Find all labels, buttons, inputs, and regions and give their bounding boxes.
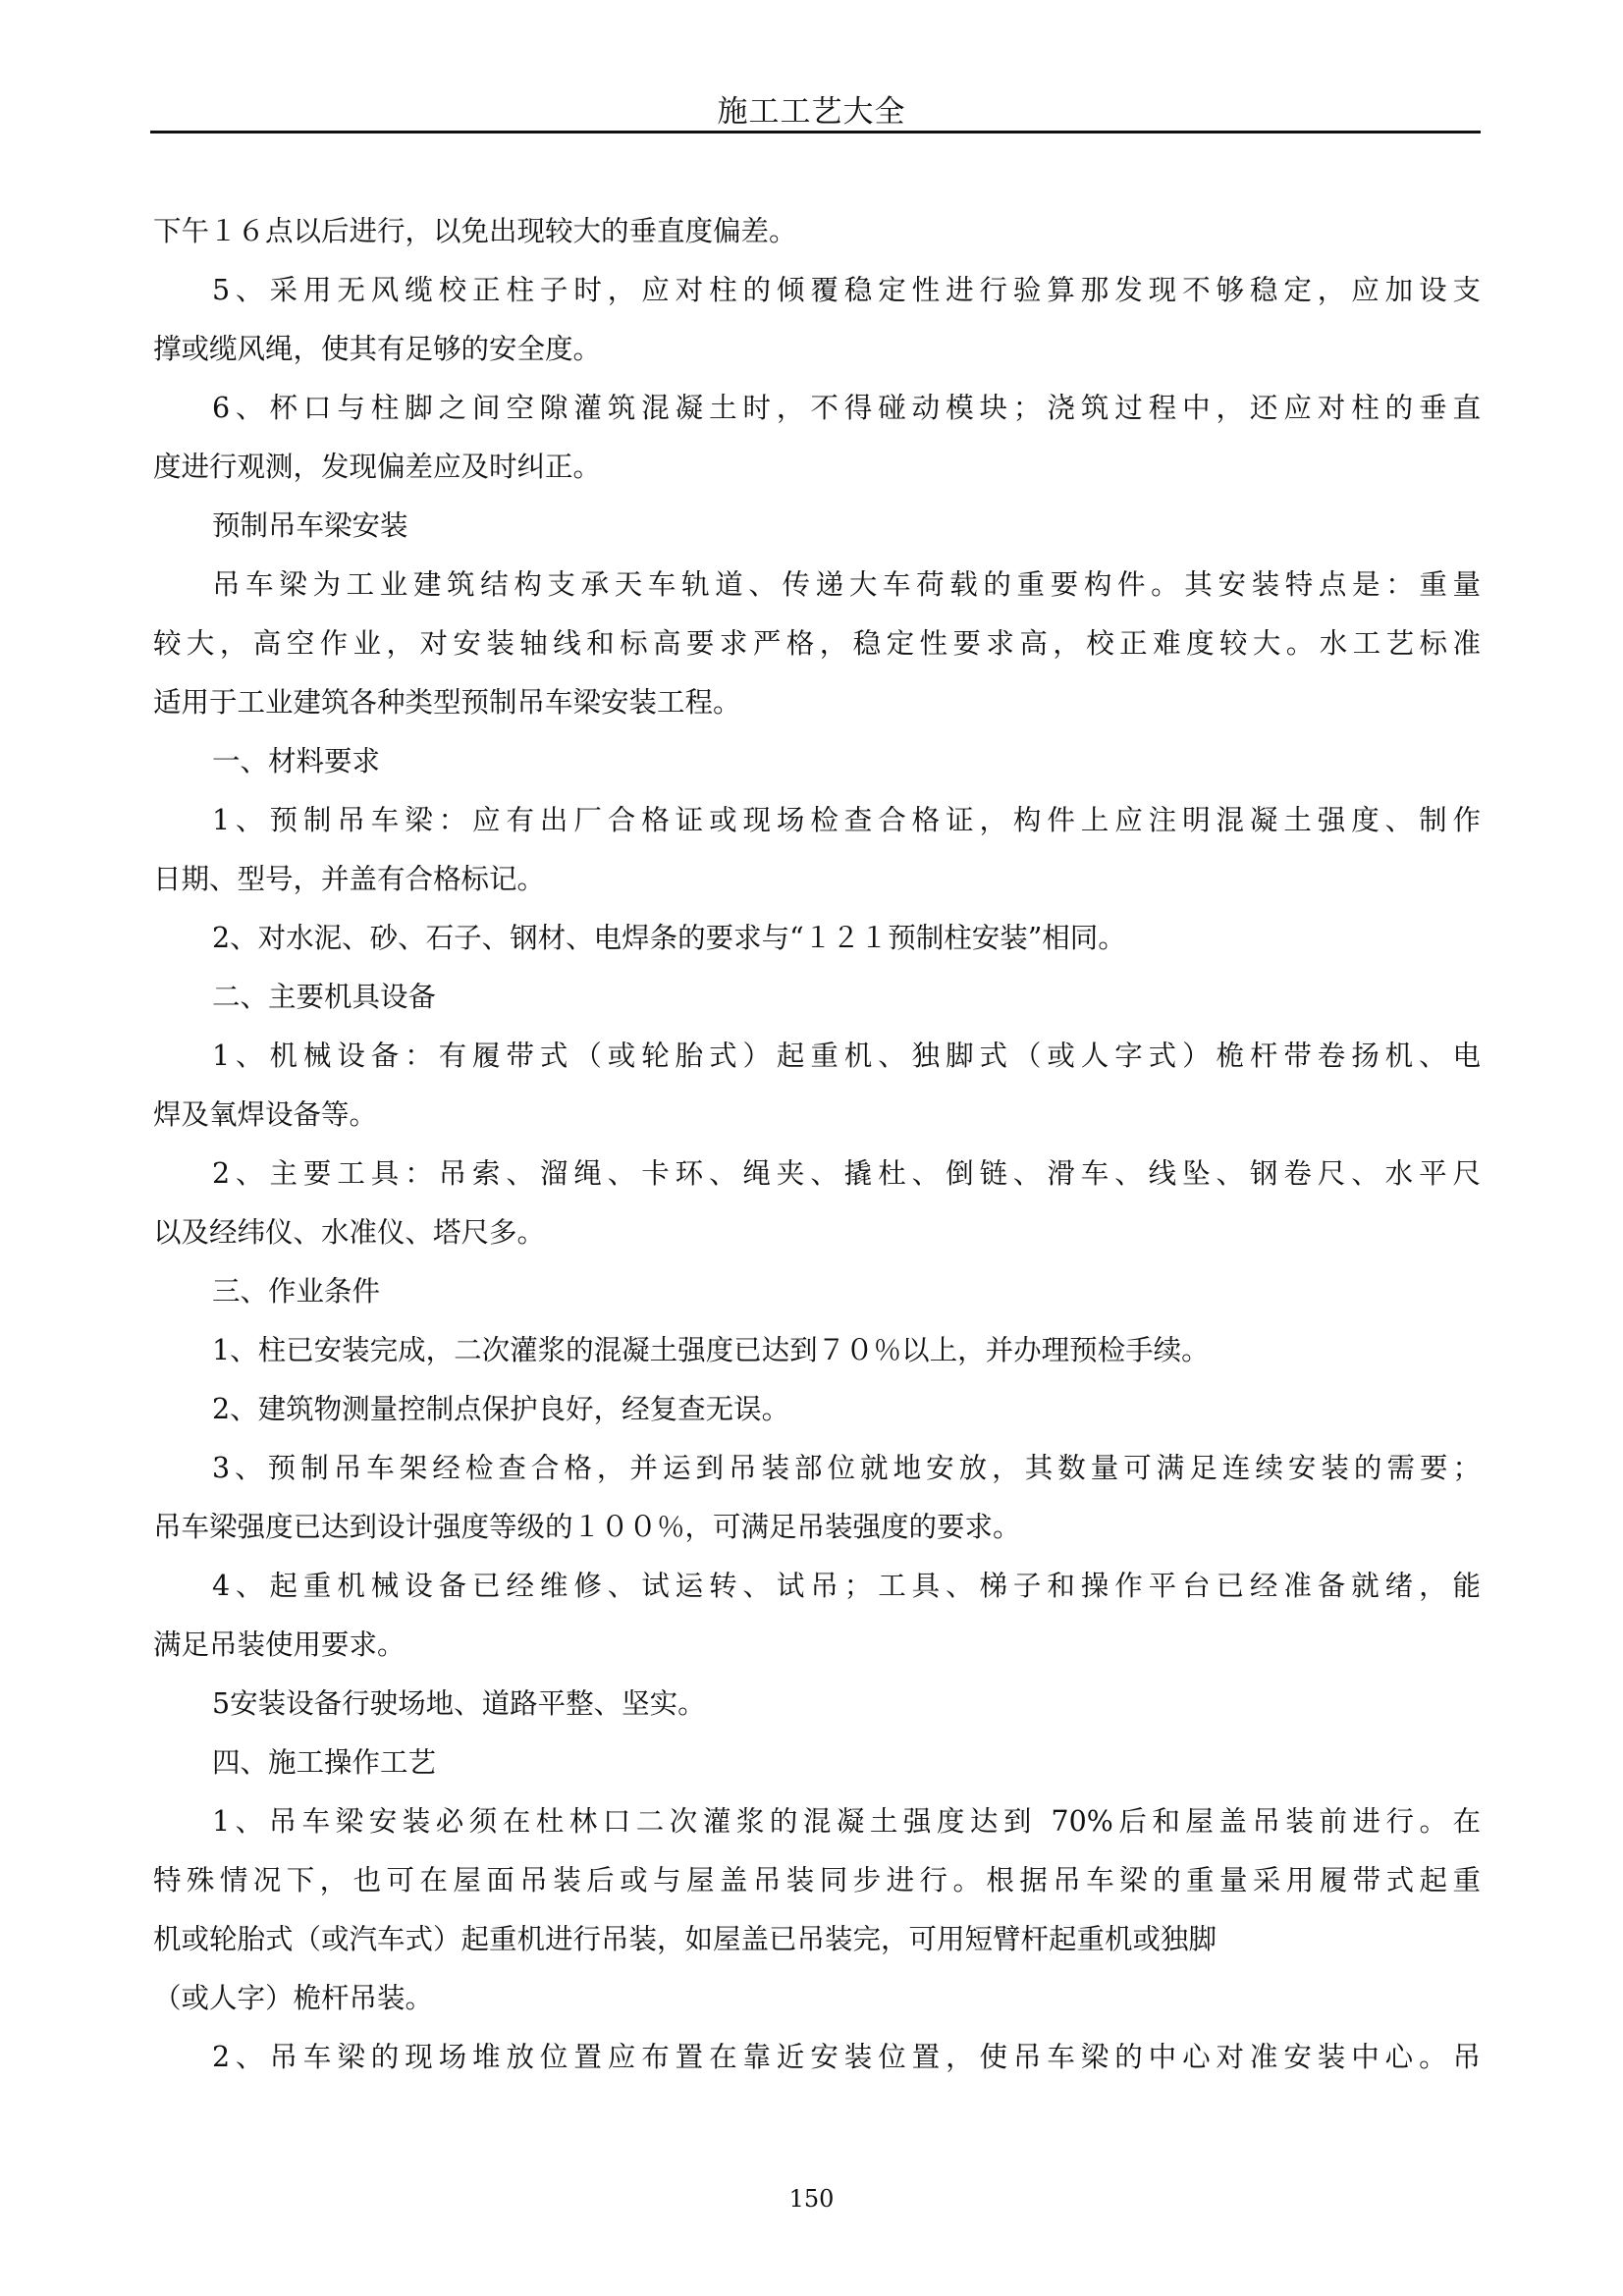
text-line: 1、预制吊车梁：应有出厂合格证或现场检查合格证，构件上应注明混凝土强度、制作 bbox=[153, 791, 1481, 850]
text-line: 4、起重机械设备已经维修、试运转、试吊；工具、梯子和操作平台已经准备就绪，能 bbox=[153, 1557, 1481, 1616]
text-line: 二、主要机具设备 bbox=[153, 968, 1481, 1027]
text-line: 吊车梁为工业建筑结构支承天车轨道、传递大车荷载的重要构件。其安装特点是：重量 bbox=[153, 556, 1481, 614]
text-line: 适用于工业建筑各种类型预制吊车梁安装工程。 bbox=[153, 673, 1481, 732]
text-line: 2、对水泥、砂、石子、钢材、电焊条的要求与“１２１预制柱安装”相同。 bbox=[153, 909, 1481, 968]
text-line: 预制吊车梁安装 bbox=[153, 497, 1481, 556]
text-line: 机或轮胎式（或汽车式）起重机进行吊装，如屋盖已吊装完，可用短臂杆起重机或独脚 bbox=[153, 1910, 1481, 1969]
running-header-title: 施工工艺大全 bbox=[0, 86, 1623, 131]
text-line: 满足吊装使用要求。 bbox=[153, 1616, 1481, 1675]
text-line: 1、吊车梁安装必须在杜林口二次灌浆的混凝土强度达到 70%后和屋盖吊装前进行。在 bbox=[153, 1792, 1481, 1851]
text-line: 焊及氧焊设备等。 bbox=[153, 1086, 1481, 1145]
text-line: 5安装设备行驶场地、道路平整、坚实。 bbox=[153, 1675, 1481, 1734]
text-line: 3、预制吊车架经检查合格，并运到吊装部位就地安放，其数量可满足连续安装的需要； bbox=[153, 1439, 1481, 1498]
text-line: 2、主要工具：吊索、溜绳、卡环、绳夹、撬杜、倒链、滑车、线坠、钢卷尺、水平尺 bbox=[153, 1145, 1481, 1203]
text-line: 一、材料要求 bbox=[153, 732, 1481, 791]
text-line: 1、柱已安装完成，二次灌浆的混凝土强度已达到７０％以上，并办理预检手续。 bbox=[153, 1321, 1481, 1380]
text-line: 撑或缆风绳，使其有足够的安全度。 bbox=[153, 320, 1481, 379]
text-line: 四、施工操作工艺 bbox=[153, 1734, 1481, 1792]
text-line: 较大，高空作业，对安装轴线和标高要求严格，稳定性要求高，校正难度较大。水工艺标准 bbox=[153, 614, 1481, 673]
text-line: 三、作业条件 bbox=[153, 1262, 1481, 1321]
text-line: 6、杯口与柱脚之间空隙灌筑混凝土时，不得碰动模块；浇筑过程中，还应对柱的垂直 bbox=[153, 379, 1481, 438]
header-divider bbox=[150, 131, 1481, 133]
text-line: 日期、型号，并盖有合格标记。 bbox=[153, 850, 1481, 909]
text-line: （或人字）桅杆吊装。 bbox=[153, 1969, 1481, 2028]
text-line: 以及经纬仪、水准仪、塔尺多。 bbox=[153, 1203, 1481, 1262]
page-number: 150 bbox=[0, 2185, 1623, 2213]
page-body: 下午１６点以后进行，以免出现较大的垂直度偏差。5、采用无风缆校正柱子时，应对柱的… bbox=[153, 202, 1481, 2087]
text-line: 1、机械设备：有履带式（或轮胎式）起重机、独脚式（或人字式）桅杆带卷扬机、电 bbox=[153, 1027, 1481, 1086]
text-line: 特殊情况下，也可在屋面吊装后或与屋盖吊装同步进行。根据吊车梁的重量采用履带式起重 bbox=[153, 1851, 1481, 1910]
text-line: 下午１６点以后进行，以免出现较大的垂直度偏差。 bbox=[153, 202, 1481, 261]
text-line: 5、采用无风缆校正柱子时，应对柱的倾覆稳定性进行验算那发现不够稳定，应加设支 bbox=[153, 261, 1481, 320]
text-line: 度进行观测，发现偏差应及时纠正。 bbox=[153, 438, 1481, 497]
text-line: 吊车梁强度已达到设计强度等级的１００％，可满足吊装强度的要求。 bbox=[153, 1498, 1481, 1557]
text-line: 2、吊车梁的现场堆放位置应布置在靠近安装位置，使吊车梁的中心对准安装中心。吊 bbox=[153, 2028, 1481, 2087]
text-line: 2、建筑物测量控制点保护良好，经复查无误。 bbox=[153, 1380, 1481, 1439]
